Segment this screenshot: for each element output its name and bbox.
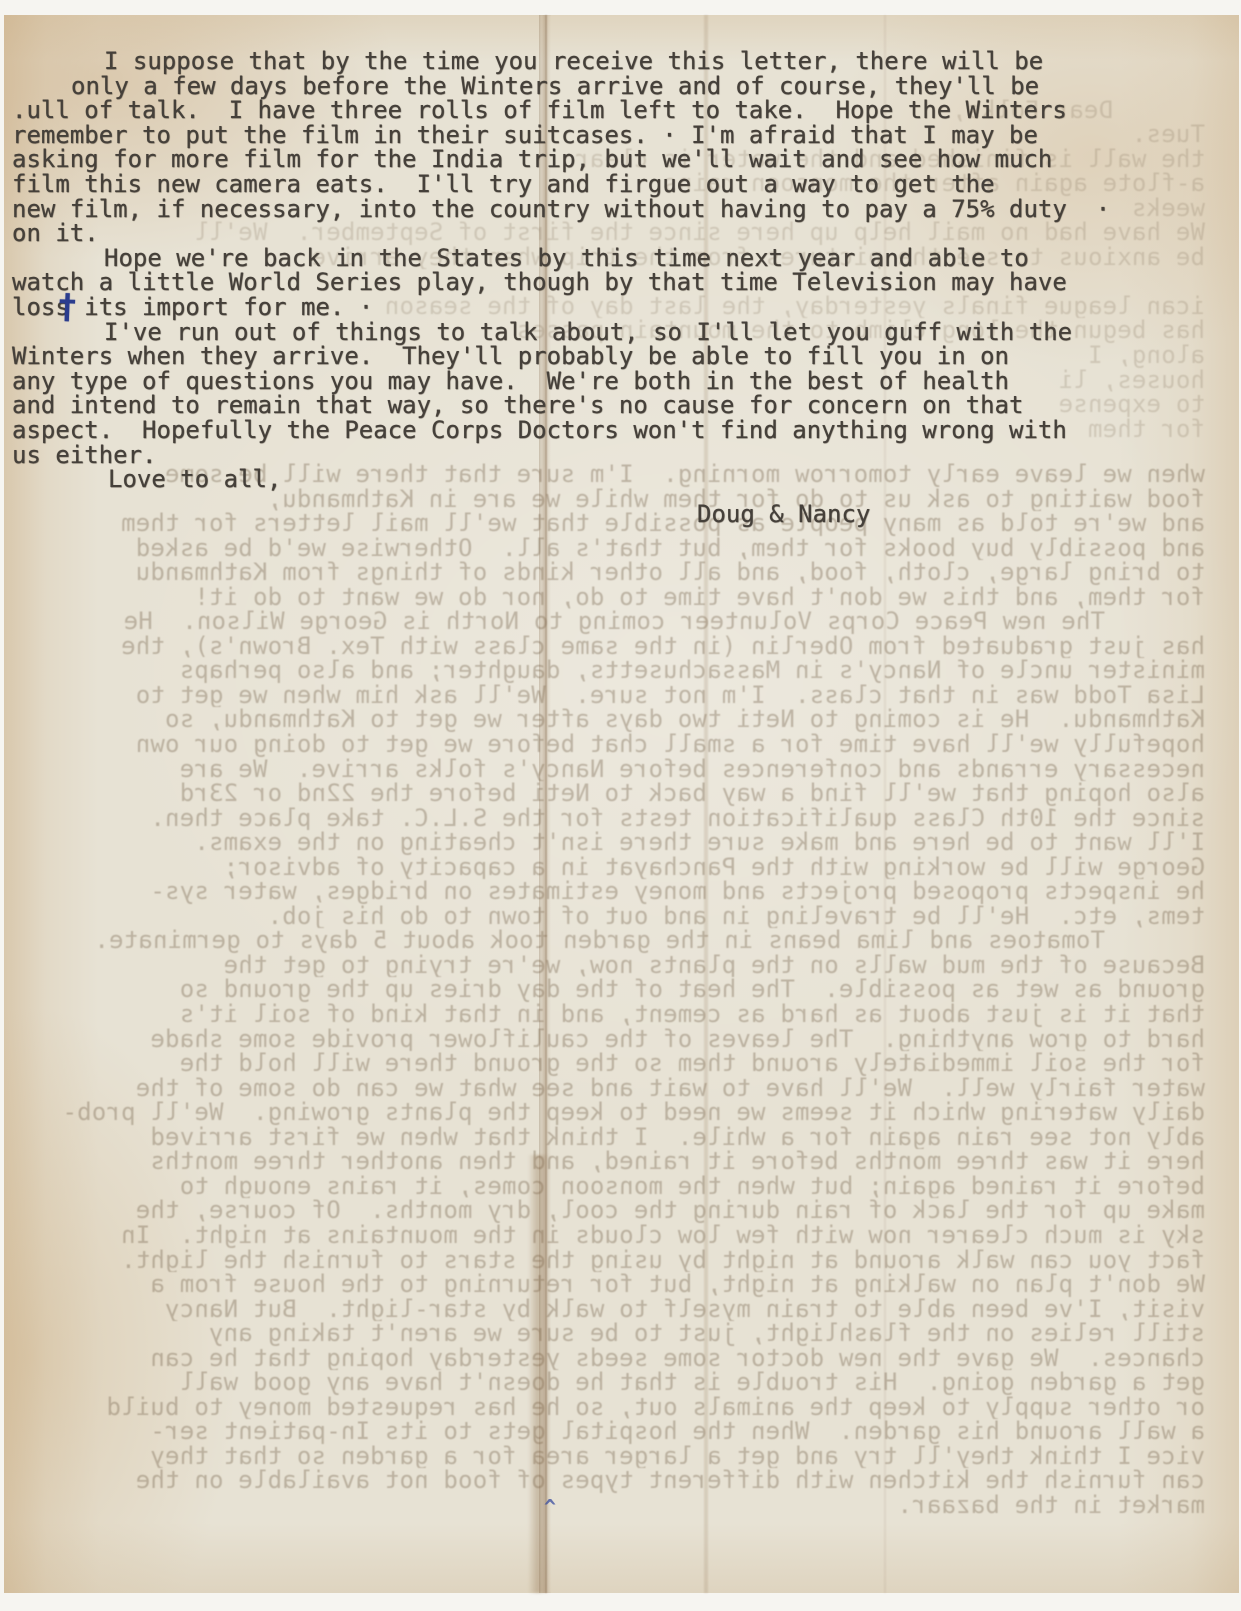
typed-line: watch a little World Series play, though… <box>12 270 1235 295</box>
bleed-line: to bring large, cloth, food, and all oth… <box>4 560 1205 585</box>
bleed-line: tems, etc. He'll be traveling in and out… <box>4 904 1205 929</box>
bleed-line: still relies on the flashlight, just to … <box>4 1321 1205 1346</box>
bleed-line: chances. We gave the new doctor some see… <box>4 1346 1205 1371</box>
bleed-line: before it rained again; but when the mon… <box>4 1174 1205 1199</box>
typed-line: any type of questions you may have. We'r… <box>12 369 1235 394</box>
bleed-line: water fairly well. We'll have to wait an… <box>4 1076 1205 1101</box>
bleed-line: he inspects proposed projects and money … <box>4 879 1205 904</box>
bleed-line: The new Peace Corps Volunteer coming to … <box>4 609 1205 634</box>
scan-background: { "document": { "kind": "typewritten-let… <box>0 0 1241 1611</box>
bleed-line: for them, and this we don't have time to… <box>4 585 1205 610</box>
bleed-line: Kathmandu. He is coming to Neti two days… <box>4 707 1205 732</box>
typed-line: I suppose that by the time you receive t… <box>12 49 1235 74</box>
bleed-line: Tomatoes and lima beans in the garden to… <box>4 928 1205 953</box>
typed-line: on it. <box>12 221 1235 246</box>
bleed-through-main-block: when we leave early tomorrow morning. I'… <box>4 462 1205 1542</box>
bleed-line: George will be working with the Panchaya… <box>4 855 1205 880</box>
typed-line: Hope we're back in the States by this ti… <box>12 246 1235 271</box>
bleed-line: Because of the mud walls on the plants n… <box>4 953 1205 978</box>
letter-page: Dear Folks,Tues.the wall is finished and… <box>4 15 1239 1593</box>
typed-line: .ull of talk. I have three rolls of film… <box>12 98 1235 123</box>
bleed-line: sky is much clearer now with few low clo… <box>4 1223 1205 1248</box>
bleed-line: fact you can walk around at night by usi… <box>4 1248 1205 1273</box>
typed-line: and intend to remain that way, so there'… <box>12 393 1235 418</box>
bleed-line: and possibly buy books for them, but tha… <box>4 536 1205 561</box>
typed-line: Doug & Nancy <box>12 502 1235 527</box>
bleed-line: get a garden going. His trouble is that … <box>4 1370 1205 1395</box>
paper-specks <box>4 15 6 17</box>
typed-line: new film, if necessary, into the country… <box>12 197 1235 222</box>
typed-line: Winters when they arrive. They'll probab… <box>12 344 1235 369</box>
bleed-line: a wall around his garden. When the hospi… <box>4 1419 1205 1444</box>
bleed-line: since the 10th Class qualification tests… <box>4 806 1205 831</box>
typed-line: us either. <box>12 443 1235 468</box>
bleed-line: for the soil immediately around them so … <box>4 1051 1205 1076</box>
bleed-line: that it is just about as hard as cement,… <box>4 1002 1205 1027</box>
bleed-line: make up for the lack of rain during the … <box>4 1198 1205 1223</box>
bleed-line: minister uncle of Nancy's in Massachuset… <box>4 658 1205 683</box>
bleed-line: hard to grow anything. The leaves of the… <box>4 1027 1205 1052</box>
typed-line: remember to put the film in their suitca… <box>12 123 1235 148</box>
bleed-line: can furnish the kitchen with different t… <box>4 1468 1205 1493</box>
typed-line: Love to all, <box>12 467 1235 492</box>
typed-line: asking for more film for the India trip,… <box>12 147 1235 172</box>
bleed-line: visit, I've been able to train myself to… <box>4 1297 1205 1322</box>
typed-line: film this new camera eats. I'll try and … <box>12 172 1235 197</box>
bleed-line: or other supply to keep the animals out,… <box>4 1395 1205 1420</box>
bleed-line: Lisa Todd was in that class. I'm not sur… <box>4 683 1205 708</box>
bleed-line: ably not see rain again for a while. I t… <box>4 1125 1205 1150</box>
typed-letter-text: I suppose that by the time you receive t… <box>12 49 1235 526</box>
ink-correction-t: † <box>56 287 78 328</box>
bleed-line: hopefully we'll have time for a small ch… <box>4 732 1205 757</box>
bleed-line: necessary errands and conferences before… <box>4 757 1205 782</box>
typed-line: only a few days before the Winters arriv… <box>12 74 1235 99</box>
typed-line: aspect. Hopefully the Peace Corps Doctor… <box>12 418 1235 443</box>
bleed-line: here it was three months before it raine… <box>4 1149 1205 1174</box>
fold-crease-bottom-shadow <box>528 1155 550 1593</box>
ink-caret-mark: ^ <box>544 1495 556 1519</box>
bleed-line: daily watering which it seems we need to… <box>4 1100 1205 1125</box>
bleed-line: vice I think they'll try and get a large… <box>4 1444 1205 1469</box>
bleed-line <box>4 1518 1205 1543</box>
typed-line: I've run out of things to talk about, so… <box>12 320 1235 345</box>
bleed-line: I'll want to be here and make sure there… <box>4 830 1205 855</box>
bleed-line: We don't plan on walking at night, but f… <box>4 1272 1205 1297</box>
bleed-line: ground as wet as possible. The heat of t… <box>4 977 1205 1002</box>
typed-line: loss its import for me. · <box>12 295 1235 320</box>
bleed-line: has just graduated from Oberlin (in the … <box>4 634 1205 659</box>
bleed-line: market in the bazaar. <box>4 1493 1205 1518</box>
bleed-line: also hoping that we'll find a way back t… <box>4 781 1205 806</box>
